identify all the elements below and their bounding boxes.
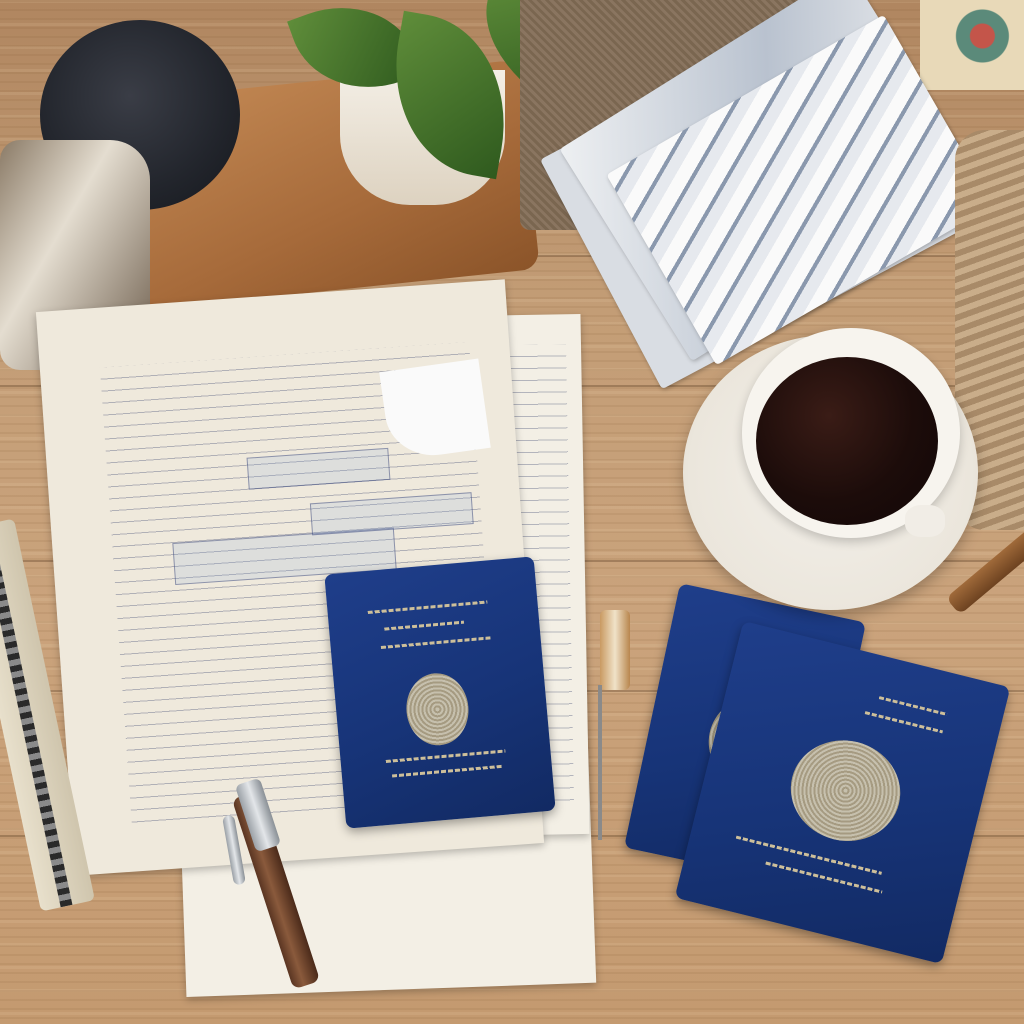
passport-text — [865, 711, 943, 733]
passport-text — [368, 601, 488, 614]
cup-handle — [905, 505, 945, 537]
passport-text — [384, 621, 464, 631]
passport-emblem — [780, 729, 911, 853]
passport-center — [324, 556, 555, 828]
brush — [600, 610, 630, 690]
passport-text — [381, 636, 491, 649]
passport-text — [736, 836, 882, 875]
passport-text — [386, 750, 506, 763]
map-corner — [920, 0, 1024, 90]
passport-text — [765, 862, 882, 894]
brush-handle — [598, 685, 602, 840]
passport-text — [879, 696, 948, 716]
photo-scene: Travel preparation flat-lay on wooden ta… — [0, 0, 1024, 1024]
passport-text — [392, 765, 502, 778]
black-coffee — [756, 357, 938, 525]
passport-emblem — [403, 671, 471, 748]
